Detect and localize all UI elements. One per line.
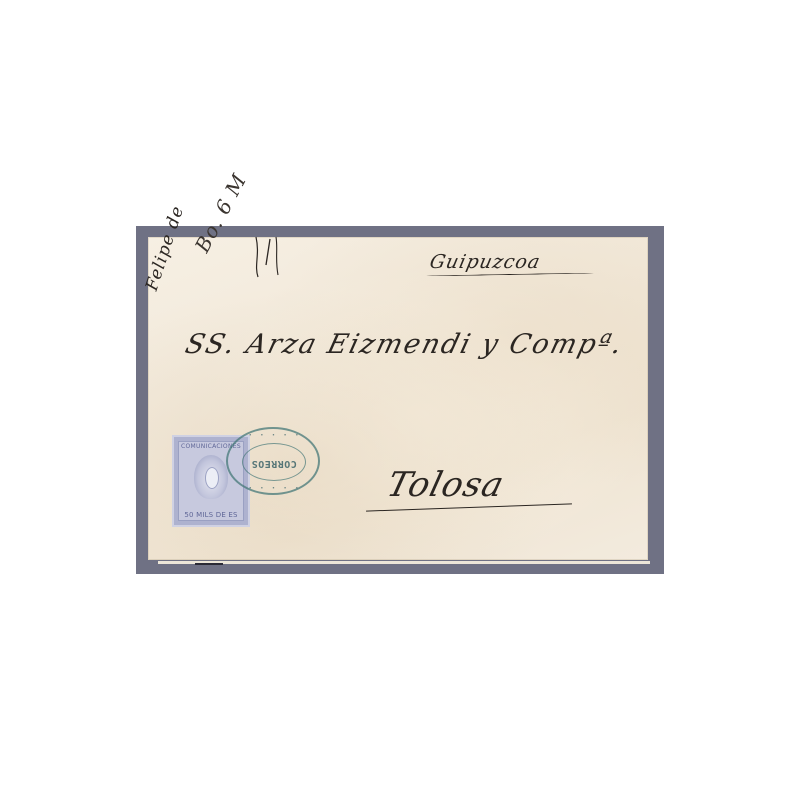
oval-postmark: · · · · · CORREOS · · · · · [226,427,320,495]
postmark-ring-top-text: · · · · · [228,483,318,492]
stamp-portrait-icon [194,455,228,499]
postmark-inner-oval: CORREOS [242,443,306,481]
stage: Felipe de Bo. 6 M Guipuzcoa SS. Arza Eiz… [0,0,800,800]
addressee-line: SS. Arza Eizmendi y Compª. [182,329,627,360]
sender-docket-note: Felipe de [142,203,188,293]
postmark-center-text: CORREOS [243,458,305,469]
letter-sheet: Felipe de Bo. 6 M Guipuzcoa SS. Arza Eiz… [148,237,648,560]
under-sheet-shadow [195,563,223,565]
stamp-face-icon [205,467,219,489]
pen-strokes-decoration [248,235,308,285]
region-underline [426,273,594,277]
postmark-ring-bottom-text: · · · · · [228,430,318,439]
region-line: Guipuzcoa [428,251,543,273]
under-sheet-edge [158,561,650,564]
stamp-value-text: 50 MILS DE ES [179,511,243,519]
sender-docket-note-2: Bo. 6 M [190,169,251,256]
city-line: Tolosa [383,465,509,505]
